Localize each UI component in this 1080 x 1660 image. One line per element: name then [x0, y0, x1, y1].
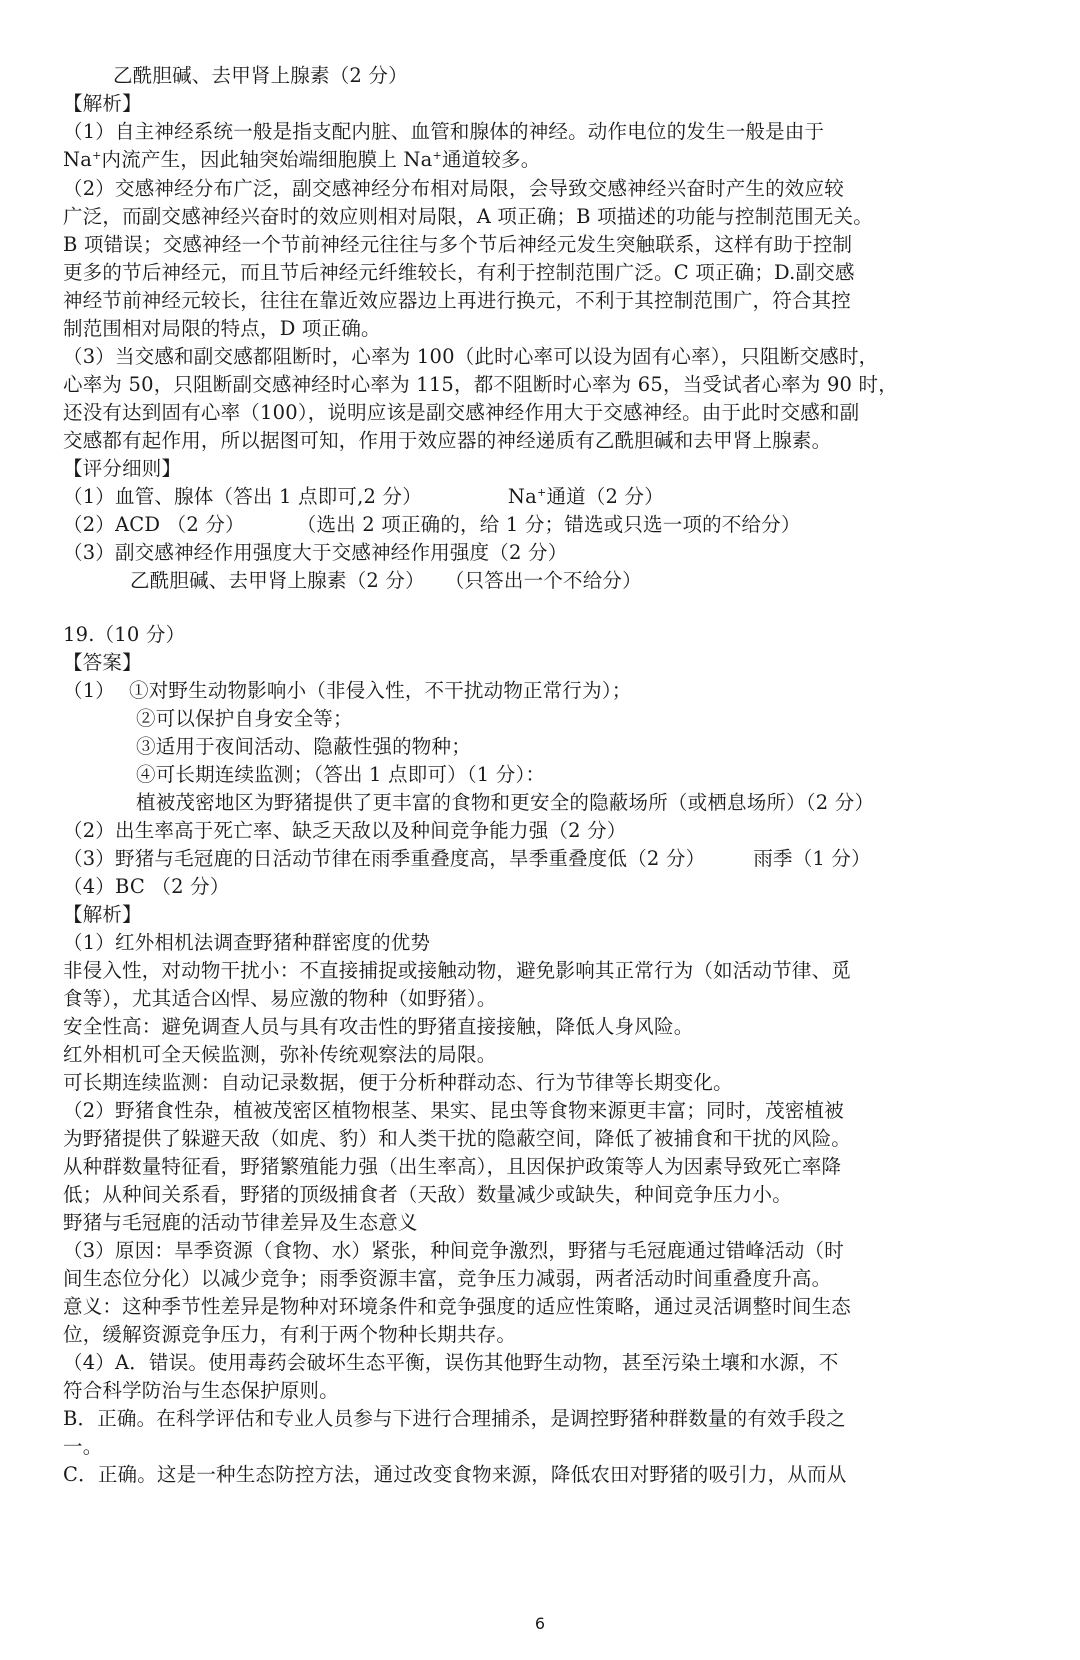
superscript: +	[433, 149, 442, 162]
answer-text: （3）野猪与毛冠鹿的日活动节律在雨季重叠度高，旱季重叠度低（2 分）	[63, 847, 705, 870]
answer-continuation: 乙酰胆碱、去甲肾上腺素（2 分）	[113, 62, 408, 90]
text: 内流产生，因此轴突始端细胞膜上 Na	[102, 148, 433, 171]
analysis-line: 安全性高：避免调查人员与具有攻击性的野猪直接接触，降低人身风险。	[63, 1013, 693, 1041]
answer-heading: 【答案】	[63, 649, 142, 677]
answer-item: ③适用于夜间活动、隐蔽性强的物种；	[136, 733, 471, 761]
answer-item: ④可长期连续监测；（答出 1 点即可）（1 分）：	[136, 761, 545, 789]
analysis-line: 低；从种间关系看，野猪的顶级捕食者（天敌）数量减少或缺失，种间竞争压力小。	[63, 1181, 792, 1209]
analysis-line: 制范围相对局限的特点，D 项正确。	[63, 315, 381, 343]
analysis-heading: 【解析】	[63, 90, 142, 118]
analysis-line: （1）红外相机法调查野猪种群密度的优势	[63, 929, 430, 957]
text: Na	[63, 148, 92, 171]
analysis-line: 为野猪提供了躲避天敌（如虎、豹）和人类干扰的隐蔽空间，降低了被捕食和干扰的风险。	[63, 1125, 851, 1153]
scoring-text: Na	[508, 485, 537, 508]
analysis-line: 神经节前神经元较长，往往在靠近效应器边上再进行换元，不利于其控制范围广，符合其控	[63, 287, 851, 315]
answer-line: （4）BC （2 分）	[63, 873, 230, 901]
analysis-line: 心率为 50，只阻断副交感神经时心率为 115，都不阻断时心率为 65，当受试者…	[63, 371, 898, 399]
analysis-line: 位，缓解资源竞争压力，有利于两个物种长期共存。	[63, 1321, 516, 1349]
analysis-line: （2）野猪食性杂，植被茂密区植物根茎、果实、昆虫等食物来源更丰富；同时，茂密植被	[63, 1097, 844, 1125]
analysis-line: C．正确。这是一种生态防控方法，通过改变食物来源，降低农田对野猪的吸引力，从而从	[63, 1461, 846, 1489]
scoring-line: （2）ACD （2 分）（选出 2 项正确的，给 1 分；错选或只选一项的不给分…	[63, 511, 801, 539]
answer-item: ①对野生动物影响小（非侵入性，不干扰动物正常行为）；	[129, 679, 631, 702]
scoring-line: （3）副交感神经作用强度大于交感神经作用强度（2 分）	[63, 539, 567, 567]
analysis-line: 从种群数量特征看，野猪繁殖能力强（出生率高），且因保护政策等人为因素导致死亡率降	[63, 1153, 841, 1181]
analysis-line: 非侵入性，对动物干扰小：不直接捕捉或接触动物，避免影响其正常行为（如活动节律、觅	[63, 957, 851, 985]
scoring-heading: 【评分细则】	[63, 455, 181, 483]
analysis-line: 广泛，而副交感神经兴奋时的效应则相对局限，A 项正确；B 项描述的功能与控制范围…	[63, 203, 873, 231]
analysis-line: B．正确。在科学评估和专业人员参与下进行合理捕杀，是调控野猪种群数量的有效手段之	[63, 1405, 846, 1433]
analysis-line: （3）原因：旱季资源（食物、水）紧张，种间竞争激烈，野猪与毛冠鹿通过错峰活动（时	[63, 1237, 844, 1265]
analysis-line: 红外相机可全天候监测，弥补传统观察法的局限。	[63, 1041, 496, 1069]
analysis-line: 一。	[63, 1433, 102, 1461]
answer-line: （1）①对野生动物影响小（非侵入性，不干扰动物正常行为）；	[63, 677, 631, 705]
document-page: 乙酰胆碱、去甲肾上腺素（2 分） 【解析】 （1）自主神经系统一般是指支配内脏、…	[0, 0, 1080, 1660]
analysis-heading: 【解析】	[63, 901, 142, 929]
analysis-line: （4）A．错误。使用毒药会破坏生态平衡，误伤其他野生动物，甚至污染土壤和水源，不	[63, 1349, 839, 1377]
text: 通道较多。	[442, 148, 541, 171]
answer-text: 雨季（1 分）	[753, 847, 871, 870]
analysis-line: 交感都有起作用，所以据图可知，作用于效应器的神经递质有乙酰胆碱和去甲肾上腺素。	[63, 427, 831, 455]
analysis-line: 间生态位分化）以减少竞争；雨季资源丰富，竞争压力减弱，两者活动时间重叠度升高。	[63, 1265, 831, 1293]
question-title: 19.（10 分）	[63, 621, 185, 649]
analysis-line: （2）交感神经分布广泛，副交感神经分布相对局限，会导致交感神经兴奋时产生的效应较	[63, 175, 844, 203]
analysis-line: Na+内流产生，因此轴突始端细胞膜上 Na+通道较多。	[63, 146, 540, 174]
page-number: 6	[0, 1614, 1080, 1633]
scoring-text: 乙酰胆碱、去甲肾上腺素（2 分）	[130, 569, 425, 592]
answer-item: 植被茂密地区为野猪提供了更丰富的食物和更安全的隐蔽场所（或栖息场所）（2 分）	[136, 789, 874, 817]
analysis-line: （3）当交感和副交感都阻断时，心率为 100（此时心率可以设为固有心率），只阻断…	[63, 343, 878, 371]
analysis-line: 符合科学防治与生态保护原则。	[63, 1377, 339, 1405]
analysis-line: 野猪与毛冠鹿的活动节律差异及生态意义	[63, 1209, 418, 1237]
superscript: +	[92, 149, 101, 162]
answer-line: （3）野猪与毛冠鹿的日活动节律在雨季重叠度高，旱季重叠度低（2 分）雨季（1 分…	[63, 845, 871, 873]
scoring-text: 通道（2 分）	[546, 485, 664, 508]
answer-item: ②可以保护自身安全等；	[136, 705, 353, 733]
analysis-line: 更多的节后神经元，而且节后神经元纤维较长，有利于控制范围广泛。C 项正确；D.副…	[63, 259, 855, 287]
analysis-line: 可长期连续监测：自动记录数据，便于分析种群动态、行为节律等长期变化。	[63, 1069, 733, 1097]
scoring-text: （选出 2 项正确的，给 1 分；错选或只选一项的不给分）	[297, 513, 801, 536]
answer-line: （2）出生率高于死亡率、缺乏天敌以及种间竞争能力强（2 分）	[63, 817, 627, 845]
analysis-line: 食等），尤其适合凶悍、易应激的物种（如野猪）。	[63, 985, 497, 1013]
scoring-text: （2）ACD （2 分）	[63, 513, 245, 536]
scoring-line: 乙酰胆碱、去甲肾上腺素（2 分）（只答出一个不给分）	[130, 567, 642, 595]
analysis-line: 意义：这种季节性差异是物种对环境条件和竞争强度的适应性策略，通过灵活调整时间生态	[63, 1293, 851, 1321]
analysis-line: B 项错误；交感神经一个节前神经元往往与多个节后神经元发生突触联系，这样有助于控…	[63, 231, 852, 259]
scoring-line: （1）血管、腺体（答出 1 点即可,2 分）Na+通道（2 分）	[63, 483, 664, 511]
analysis-line: （1）自主神经系统一般是指支配内脏、血管和腺体的神经。动作电位的发生一般是由于	[63, 118, 824, 146]
answer-label: （1）	[63, 679, 115, 702]
analysis-line: 还没有达到固有心率（100），说明应该是副交感神经作用大于交感神经。由于此时交感…	[63, 399, 859, 427]
scoring-text: （只答出一个不给分）	[445, 569, 642, 592]
scoring-text: （1）血管、腺体（答出 1 点即可,2 分）	[63, 485, 422, 508]
